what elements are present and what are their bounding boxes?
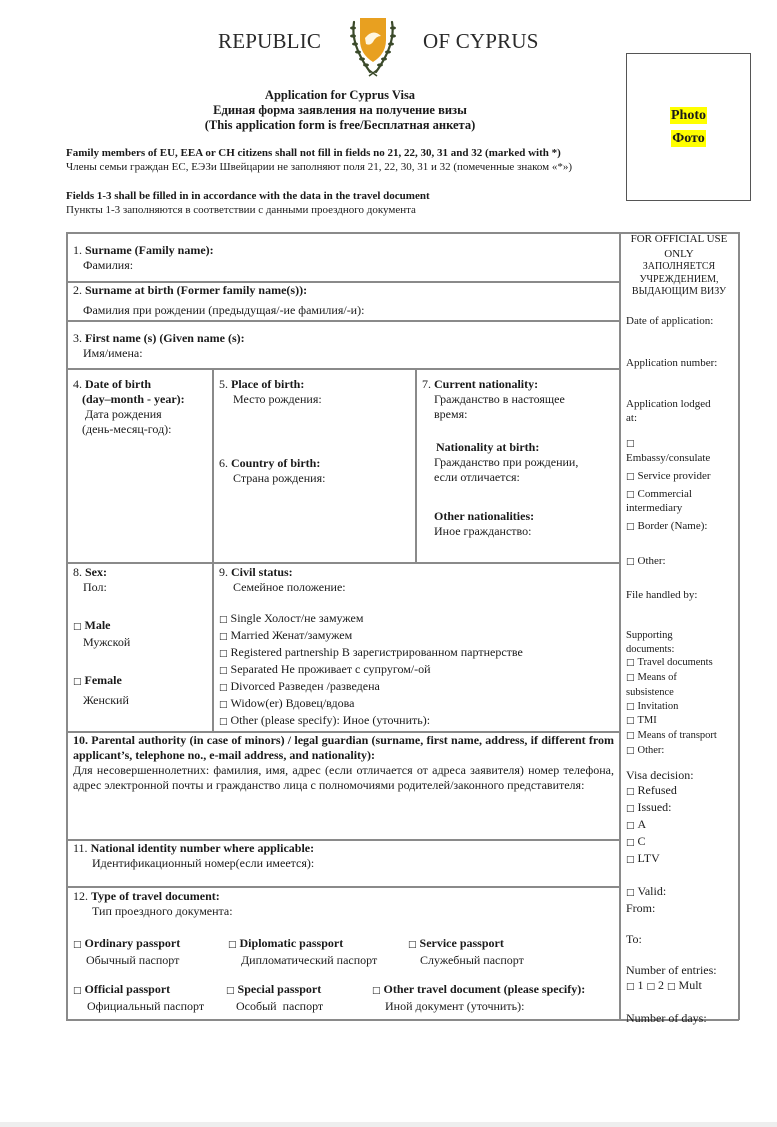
field-5-place-of-birth[interactable]: 5. Place of birth: Место рождения: xyxy=(219,377,322,407)
civil-status-widowed[interactable]: Widow(er) Вдовец/вдова xyxy=(219,696,523,713)
lodged-other[interactable]: Other: xyxy=(626,554,666,570)
application-lodged-at: Application lodged xyxy=(626,397,711,412)
header-republic: REPUBLIC xyxy=(218,29,321,54)
photo-label-en: Photo xyxy=(670,107,707,124)
nationality-at-birth-label: Nationality at birth: xyxy=(436,440,539,454)
option-ru: Особый паспорт xyxy=(226,999,323,1014)
lodged-commercial-intermediary-2: intermediary xyxy=(626,501,682,516)
field-label-ru: Дата рождения xyxy=(73,407,185,422)
female-label-ru: Женский xyxy=(73,693,129,708)
field-6-country-of-birth[interactable]: 6. Country of birth: Страна рождения: xyxy=(219,456,325,486)
field-label-en-2: (day–month - year): xyxy=(82,392,185,406)
field-label-en: Sex: xyxy=(85,565,107,579)
nationality-at-birth-ru-2: если отличается: xyxy=(422,470,578,485)
field-label-ru: Для несовершеннолетних: фамилия, имя, ад… xyxy=(73,763,614,793)
option-ru: Служебный паспорт xyxy=(408,953,524,968)
lodged-embassy-label: Embassy/consulate xyxy=(626,451,710,466)
civil-status-single[interactable]: Single Холост/не замужем xyxy=(219,611,523,628)
note-fields-ru: Пункты 1-3 заполняются в соответствии с … xyxy=(66,203,636,217)
supporting-docs-label-2: documents: xyxy=(626,643,717,657)
sex-female-checkbox[interactable]: Female Женский xyxy=(73,673,129,708)
option-ru: Иной документ (уточнить): xyxy=(372,999,585,1014)
field-label-ru: Идентификационный номер(если имеется): xyxy=(73,856,314,871)
field-10-parental-authority[interactable]: 10. Parental authority (in case of minor… xyxy=(73,733,614,793)
docs-means-of-transport[interactable]: Means of transport xyxy=(626,729,717,744)
title-line-3: (This application form is free/Бесплатна… xyxy=(60,118,620,133)
field-label-ru-2: (день-месяц-год): xyxy=(73,422,185,437)
entries-2[interactable]: 2 xyxy=(647,978,665,992)
field-9-civil-status: 9. Civil status: Семейное положение: Sin… xyxy=(219,565,523,730)
file-handled-by: File handled by: xyxy=(626,588,698,603)
docs-means-of-subsistence[interactable]: Means of xyxy=(626,671,717,686)
field-label-ru: Страна рождения: xyxy=(219,471,325,486)
field-12-travel-document: 12. Type of travel document: Тип проездн… xyxy=(73,889,233,919)
field-label-en: Date of birth xyxy=(85,377,151,391)
field-number: 9. xyxy=(219,565,231,579)
supporting-documents: Supporting documents: Travel documents M… xyxy=(626,629,717,758)
lodged-service-provider[interactable]: Service provider xyxy=(626,469,711,485)
application-number: Application number: xyxy=(626,356,717,371)
decision-c[interactable]: C xyxy=(626,834,717,851)
entries-options: 1 2 Mult xyxy=(626,978,717,995)
civil-status-registered-partnership[interactable]: Registered partnership В зарегистрирован… xyxy=(219,645,523,662)
lodged-embassy-checkbox[interactable] xyxy=(626,436,638,452)
entries-mult[interactable]: Mult xyxy=(667,978,702,992)
other-nationalities-label: Other nationalities: xyxy=(434,509,534,523)
supporting-docs-label: Supporting xyxy=(626,629,717,643)
fields-note: Fields 1-3 shall be filled in in accorda… xyxy=(66,189,636,217)
option-en: Diplomatic passport xyxy=(228,936,343,950)
field-number: 11. xyxy=(73,841,91,855)
field-label-ru: Семейное положение: xyxy=(219,580,523,595)
field-label-en: Current nationality: xyxy=(434,377,538,391)
doc-ordinary-passport[interactable]: Ordinary passport Обычный паспорт xyxy=(73,936,180,968)
option-ru: Дипломатический паспорт xyxy=(228,953,377,968)
decision-ltv[interactable]: LTV xyxy=(626,851,717,868)
other-nationalities-ru: Иное гражданство: xyxy=(422,524,578,539)
field-label-ru: Тип проездного документа: xyxy=(73,904,233,919)
field-label-en: Civil status: xyxy=(231,565,293,579)
visa-decision-label: Visa decision: xyxy=(626,768,717,783)
lodged-border[interactable]: Border (Name): xyxy=(626,519,707,535)
field-number: 1. xyxy=(73,243,85,257)
field-label-ru: Фамилия при рождении (предыдущая/-ие фам… xyxy=(73,303,364,318)
note-family-ru: Члены семьи граждан ЕС, ЕЭЗи Швейцарии н… xyxy=(66,160,636,174)
field-label-en: Parental authority (in case of minors) /… xyxy=(73,733,614,762)
official-heading-en: FOR OFFICIAL USE xyxy=(620,232,738,247)
option-en: Official passport xyxy=(73,982,170,996)
docs-means-of-subsistence-2: subsistence xyxy=(626,686,717,700)
option-en: Special passport xyxy=(226,982,321,996)
page-bottom-edge xyxy=(0,1122,777,1127)
decision-issued[interactable]: Issued: xyxy=(626,800,717,817)
field-label-en: Surname at birth (Former family name(s))… xyxy=(85,283,307,297)
official-heading-ru: ЗАПОЛНЯЕТСЯ xyxy=(620,261,738,274)
field-number: 12. xyxy=(73,889,91,903)
field-number: 3. xyxy=(73,331,85,345)
option-ru: Обычный паспорт xyxy=(73,953,180,968)
field-label-en: Place of birth: xyxy=(231,377,304,391)
field-number: 6. xyxy=(219,456,231,470)
doc-official-passport[interactable]: Official passport Официальный паспорт xyxy=(73,982,204,1014)
field-number: 5. xyxy=(219,377,231,391)
note-family-en: Family members of EU, EEA or CH citizens… xyxy=(66,146,636,160)
docs-invitation[interactable]: Invitation xyxy=(626,700,717,715)
field-label-ru: Гражданство в настоящее xyxy=(422,392,578,407)
number-of-days: Number of days: xyxy=(626,1011,717,1026)
docs-travel-documents[interactable]: Travel documents xyxy=(626,656,717,671)
photo-placeholder: Photo Фото xyxy=(626,53,751,201)
docs-other[interactable]: Other: xyxy=(626,744,717,759)
title-line-2: Единая форма заявления на получение визы xyxy=(60,103,620,118)
valid-from: From: xyxy=(626,901,717,916)
field-8-sex: 8. Sex: Пол: xyxy=(73,565,107,595)
field-2-surname-at-birth[interactable]: 2. Surname at birth (Former family name(… xyxy=(73,283,364,318)
field-label-ru: Имя/имена: xyxy=(73,346,245,361)
field-label-en: National identity number where applicabl… xyxy=(91,841,315,855)
field-7-nationality[interactable]: 7. Current nationality: Гражданство в на… xyxy=(422,377,578,539)
decision-refused[interactable]: Refused xyxy=(626,783,717,800)
doc-service-passport[interactable]: Service passport Служебный паспорт xyxy=(408,936,524,968)
civil-status-divorced[interactable]: Divorced Разведен /разведена xyxy=(219,679,523,696)
civil-status-other[interactable]: Other (please specify): Иное (уточнить): xyxy=(219,713,523,730)
cyprus-coat-of-arms-icon xyxy=(340,14,406,80)
doc-other-travel-document[interactable]: Other travel document (please specify): … xyxy=(372,982,585,1014)
official-heading-en-2: ONLY xyxy=(620,247,738,262)
number-of-entries: Number of entries: xyxy=(626,963,717,978)
male-label: Male xyxy=(73,618,111,632)
application-lodged-at-2: at: xyxy=(626,411,637,426)
note-fields-en: Fields 1-3 shall be filled in in accorda… xyxy=(66,189,636,203)
field-label-en: Country of birth: xyxy=(231,456,320,470)
civil-status-options: Single Холост/не замужем Married Женат/з… xyxy=(219,611,523,730)
photo-label-ru: Фото xyxy=(671,130,706,147)
option-ru: Официальный паспорт xyxy=(73,999,204,1014)
civil-status-separated[interactable]: Separated Не проживает с супругом/-ой xyxy=(219,662,523,679)
field-label-en: First name (s) (Given name (s): xyxy=(85,331,245,345)
entries-1[interactable]: 1 xyxy=(626,978,644,992)
visa-decision: Visa decision: Refused Issued: A C LTV V… xyxy=(626,768,717,1026)
field-number: 4. xyxy=(73,377,85,391)
field-label-en: Surname (Family name): xyxy=(85,243,214,257)
nationality-at-birth-ru: Гражданство при рождении, xyxy=(422,455,578,470)
field-label-ru: Пол: xyxy=(73,580,107,595)
field-1-surname[interactable]: 1. Surname (Family name): Фамилия: xyxy=(73,243,214,273)
sex-male-checkbox[interactable]: Male Мужской xyxy=(73,618,130,650)
option-en: Service passport xyxy=(408,936,504,950)
header-of-cyprus: OF CYPRUS xyxy=(423,29,539,54)
decision-valid[interactable]: Valid: xyxy=(626,884,717,901)
official-use-column: FOR OFFICIAL USE ONLY ЗАПОЛНЯЕТСЯ УЧРЕЖД… xyxy=(620,232,738,299)
civil-status-married[interactable]: Married Женат/замужем xyxy=(219,628,523,645)
field-4-date-of-birth[interactable]: 4. Date of birth (day–month - year): Дат… xyxy=(73,377,185,437)
docs-tmi[interactable]: TMI xyxy=(626,714,717,729)
date-of-application: Date of application: xyxy=(626,314,713,329)
field-number: 10. xyxy=(73,733,91,747)
field-3-first-name[interactable]: 3. First name (s) (Given name (s): Имя/и… xyxy=(73,331,245,361)
field-number: 8. xyxy=(73,565,85,579)
form-title: Application for Cyprus Visa Единая форма… xyxy=(60,88,620,133)
valid-to: To: xyxy=(626,932,717,947)
doc-special-passport[interactable]: Special passport Особый паспорт xyxy=(226,982,323,1014)
male-label-ru: Мужской xyxy=(73,635,130,650)
decision-a[interactable]: A xyxy=(626,817,717,834)
title-line-1: Application for Cyprus Visa xyxy=(60,88,620,103)
field-label-en: Type of travel document: xyxy=(91,889,220,903)
doc-diplomatic-passport[interactable]: Diplomatic passport Дипломатический пасп… xyxy=(228,936,377,968)
female-label: Female xyxy=(73,673,122,687)
family-members-note: Family members of EU, EEA or CH citizens… xyxy=(66,146,636,174)
option-en: Ordinary passport xyxy=(73,936,180,950)
field-label-ru: Фамилия: xyxy=(73,258,214,273)
official-heading-ru-2: УЧРЕЖДЕНИЕМ, xyxy=(620,274,738,287)
field-number: 7. xyxy=(422,377,434,391)
field-label-ru: Место рождения: xyxy=(219,392,322,407)
official-heading-ru-3: ВЫДАЮЩИМ ВИЗУ xyxy=(620,286,738,299)
option-en: Other travel document (please specify): xyxy=(372,982,585,996)
field-label-ru-2: время: xyxy=(422,407,578,422)
field-number: 2. xyxy=(73,283,85,297)
field-11-national-id[interactable]: 11. National identity number where appli… xyxy=(73,841,314,871)
